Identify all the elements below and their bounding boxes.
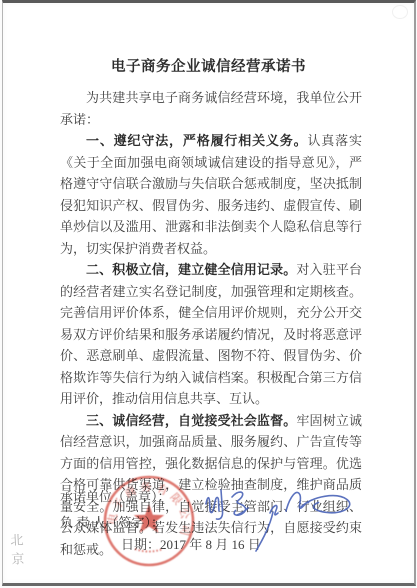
unit-seal-label: 承诺单位（盖章）： [60,486,171,505]
paragraph-2-heading: 二、积极立信，建立健全信用记录。 [86,262,296,277]
paragraph-3-heading: 三、诚信经营，自觉接受社会监督。 [86,413,296,428]
paragraph-2-text: 对入驻平台的经营者建立实名登记制度，加强管理和定期核查。完善信用评价体系，健全信… [60,262,362,406]
scanned-page: 电子商务企业诚信经营承诺书 为共建共享电子商务诚信经营环境，我单位公开承诺： 一… [2,0,416,586]
paragraph-2: 二、积极立信，建立健全信用记录。对入驻平台的经营者建立实名登记制度，加强管理和定… [60,259,362,410]
intro-text: 为共建共享电子商务诚信经营环境，我单位公开承诺： [60,90,362,127]
date-line: 日期：2017 年 8 月 16 日 [121,534,261,553]
paragraph-1: 一、遵纪守法，严格履行相关义务。认真落实《关于全面加强电商领域诚信建设的指导意见… [60,130,362,259]
document-title: 电子商务企业诚信经营承诺书 [3,55,414,76]
pencil-margin-note: 北京 [9,533,27,572]
paragraph-1-heading: 一、遵纪守法，严格履行相关义务。 [86,133,307,148]
intro-paragraph: 为共建共享电子商务诚信经营环境，我单位公开承诺： [60,87,362,130]
person-signature-label: 负 责 人（签字）： [60,512,164,531]
paragraph-1-text: 认真落实《关于全面加强电商领域诚信建设的指导意见》，严格遵守守信联合激励与失信联… [60,133,362,256]
scan-smudge [392,5,408,19]
